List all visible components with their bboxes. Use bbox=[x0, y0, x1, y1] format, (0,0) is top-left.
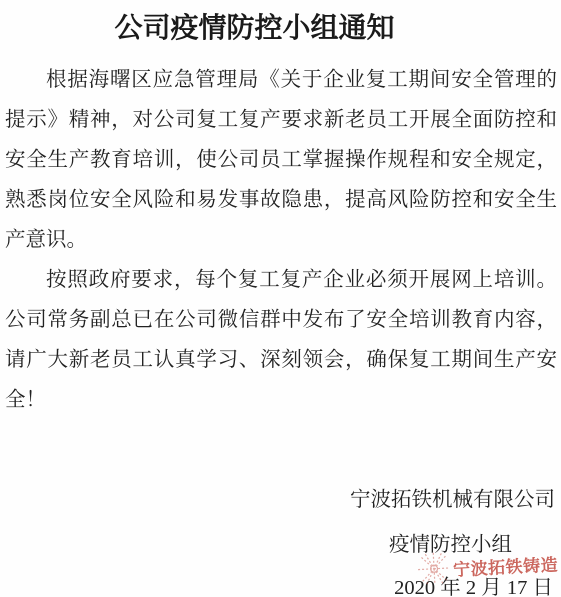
signature-date: 2020 年 2 月 17 日 bbox=[394, 570, 553, 597]
notice-title: 公司疫情防控小组通知 bbox=[0, 6, 561, 46]
notice-body: 根据海曙区应急管理局《关于企业复工期间安全管理的提示》精神，对公司复工复产要求新… bbox=[5, 60, 557, 420]
body-paragraph-1: 根据海曙区应急管理局《关于企业复工期间安全管理的提示》精神，对公司复工复产要求新… bbox=[5, 60, 557, 260]
notice-document: 公司疫情防控小组通知 根据海曙区应急管理局《关于企业复工期间安全管理的提示》精神… bbox=[0, 0, 561, 597]
signature-department: 疫情防控小组 bbox=[389, 527, 512, 557]
body-paragraph-2: 按照政府要求，每个复工复产企业必须开展网上培训。公司常务副总已在公司微信群中发布… bbox=[5, 260, 557, 420]
signature-company: 宁波拓铁机械有限公司 bbox=[350, 482, 555, 512]
